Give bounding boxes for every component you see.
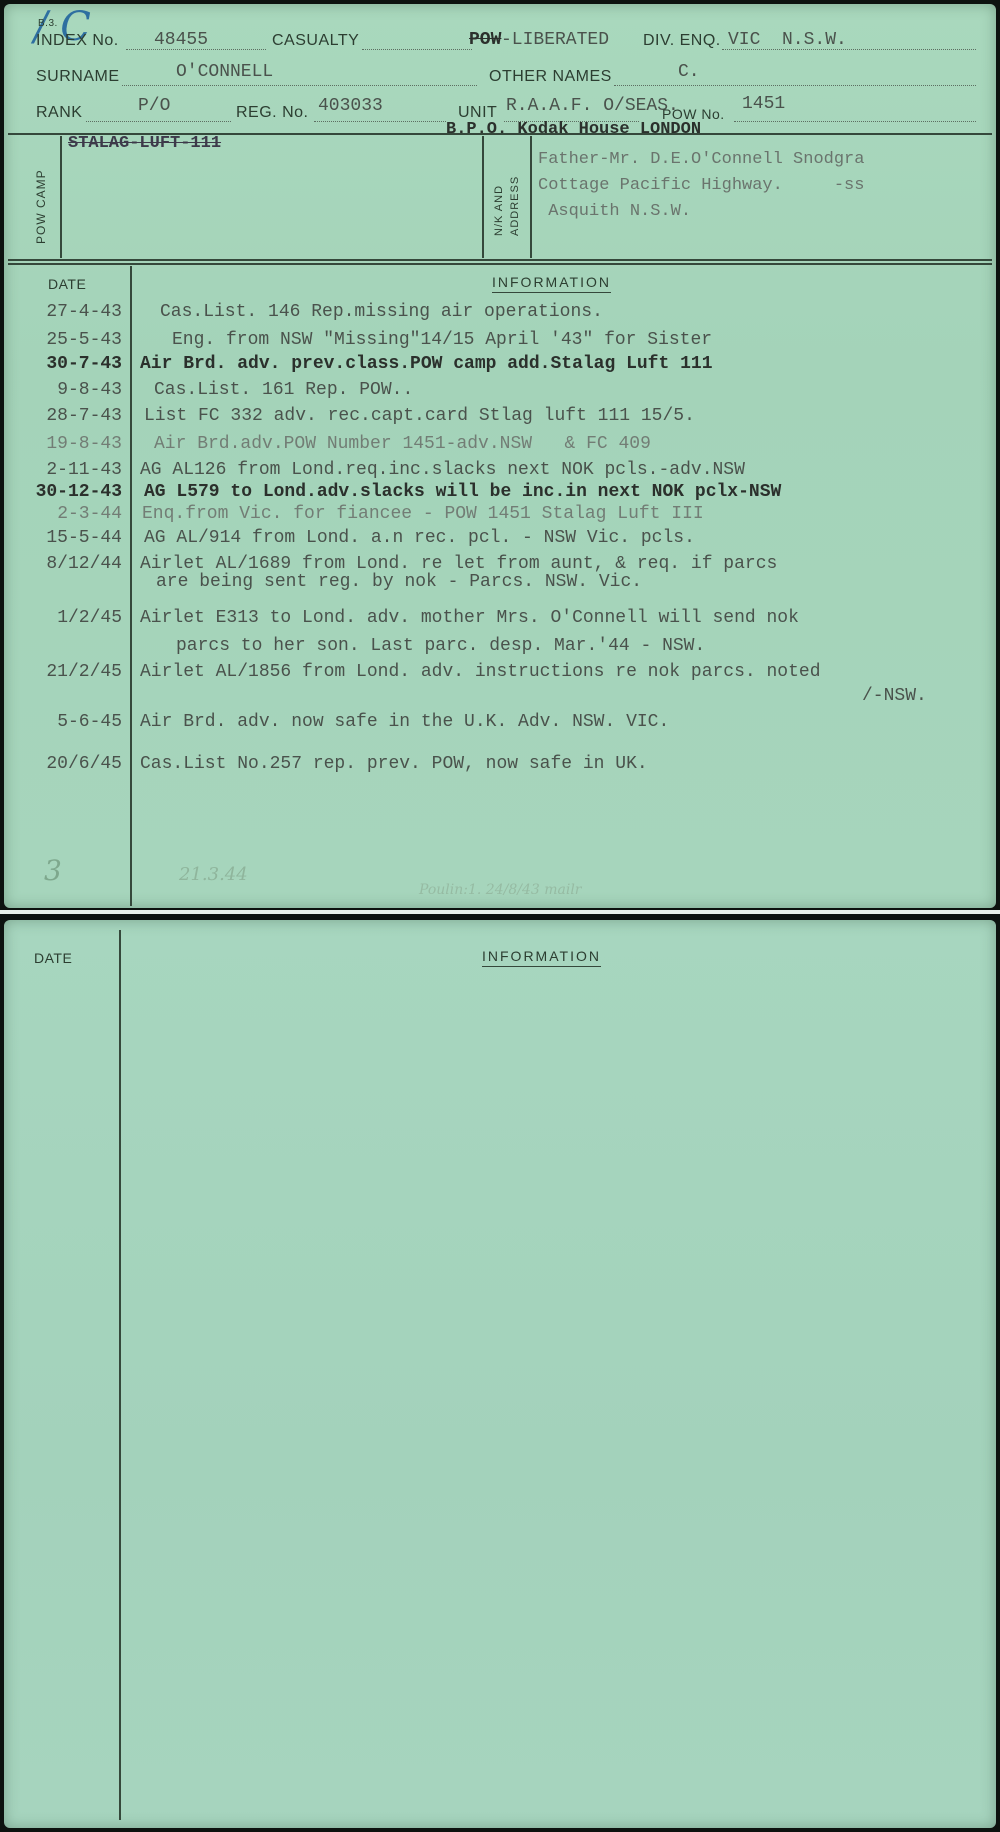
log-entry-continuation: are being sent reg. by nok - Parcs. NSW.… [156, 572, 642, 592]
back-date-column-header: DATE [34, 950, 72, 966]
nok-label-line1: N/K AND [493, 185, 505, 236]
log-entry-text: Airlet E313 to Lond. adv. mother Mrs. O'… [140, 608, 799, 628]
card-separator [0, 910, 1000, 914]
log-entry-date: 9-8-43 [14, 380, 122, 400]
surname-label: SURNAME [36, 68, 120, 86]
bpo-address: B.P.O. Kodak House LONDON [446, 120, 701, 139]
log-entry-text: Airlet AL/1856 from Lond. adv. instructi… [140, 662, 821, 682]
information-column-header: INFORMATION [492, 274, 611, 293]
log-entry-date: 2-11-43 [14, 460, 122, 480]
log-entry-date: 5-6-45 [14, 712, 122, 732]
log-entry-text: Cas.List. 161 Rep. POW.. [154, 380, 413, 400]
log-entry-date: 21/2/45 [14, 662, 122, 682]
index-value: 48455 [154, 30, 208, 50]
nok-address-line-1: Father-Mr. D.E.O'Connell Snodgra [538, 150, 864, 169]
log-entry-continuation: /-NSW. [862, 686, 927, 706]
nok-address-line-3: Asquith N.S.W. [538, 202, 691, 221]
casualty-value: -LIBERATED [501, 30, 609, 50]
log-entry-text: Enq.from Vic. for fiancee - POW 1451 Sta… [142, 504, 704, 524]
back-information-column-header: INFORMATION [482, 948, 601, 967]
log-entry-date: 28-7-43 [14, 406, 122, 426]
form-code: B.3. [38, 18, 58, 29]
log-entry-text: Airlet AL/1689 from Lond. re let from au… [140, 554, 777, 574]
log-entry-continuation: parcs to her son. Last parc. desp. Mar.'… [176, 636, 705, 656]
log-entry-text: Air Brd.adv.POW Number 1451-adv.NSW & FC… [154, 434, 651, 454]
reg-no-label: REG. No. [236, 104, 308, 122]
div-enq-label: DIV. ENQ. [643, 32, 721, 50]
log-entry-date: 27-4-43 [14, 302, 122, 322]
log-entry-date: 30-7-43 [14, 354, 122, 374]
other-names-value: C. [678, 62, 700, 82]
rank-label: RANK [36, 104, 82, 122]
log-entry-text: List FC 332 adv. rec.capt.card Stlag luf… [144, 406, 695, 426]
log-entry-text: Eng. from NSW "Missing"14/15 April '43" … [172, 330, 712, 350]
log-entry-text: AG AL126 from Lond.req.inc.slacks next N… [140, 460, 745, 480]
nok-label-line2: ADDRESS [509, 176, 521, 236]
div-enq-value: VIC N.S.W. [728, 30, 847, 50]
pow-no-value: 1451 [742, 94, 785, 114]
pow-camp-value: STALAG-LUFT-111 [68, 134, 221, 153]
log-entry-date: 2-3-44 [14, 504, 122, 524]
handwritten-note: Poulin:1. 24/8/43 mailr [419, 882, 581, 898]
log-entry-date: 8/12/44 [14, 554, 122, 574]
log-entry-text: AG AL/914 from Lond. a.n rec. pcl. - NSW… [144, 528, 695, 548]
rank-value: P/O [138, 96, 170, 116]
casualty-label: CASUALTY [272, 32, 359, 50]
log-entry-date: 1/2/45 [14, 608, 122, 628]
nok-address-line-2: Cottage Pacific Highway. -ss [538, 176, 864, 195]
pow-camp-label: POW CAMP [34, 169, 48, 244]
log-entry-text: Air Brd. adv. now safe in the U.K. Adv. … [140, 712, 669, 732]
date-column-header: DATE [48, 276, 86, 292]
handwritten-mark-bottom-left: 3 [44, 854, 62, 887]
other-names-label: OTHER NAMES [489, 68, 612, 86]
log-entry-date: 25-5-43 [14, 330, 122, 350]
index-label: INDEX No. [36, 32, 119, 50]
log-entry-date: 15-5-44 [14, 528, 122, 548]
surname-value: O'CONNELL [176, 62, 273, 82]
handwritten-date: 21.3.44 [179, 864, 248, 885]
log-entry-date: 19-8-43 [14, 434, 122, 454]
log-entry-text: Cas.List No.257 rep. prev. POW, now safe… [140, 754, 648, 774]
log-entry-date: 30-12-43 [14, 482, 122, 502]
log-entry-text: AG L579 to Lond.adv.slacks will be inc.i… [144, 482, 781, 502]
record-card-back: DATE INFORMATION [4, 920, 996, 1828]
log-entry-date: 20/6/45 [14, 754, 122, 774]
log-entry-text: Cas.List. 146 Rep.missing air operations… [160, 302, 603, 322]
reg-no-value: 403033 [318, 96, 383, 116]
casualty-struck-value: POW [469, 30, 501, 50]
log-entry-text: Air Brd. adv. prev.class.POW camp add.St… [140, 354, 713, 374]
record-card-front: / C B.3. INDEX No. 48455 CASUALTY POW -L… [4, 4, 996, 908]
unit-value: R.A.A.F. O/SEAS. [506, 96, 679, 116]
